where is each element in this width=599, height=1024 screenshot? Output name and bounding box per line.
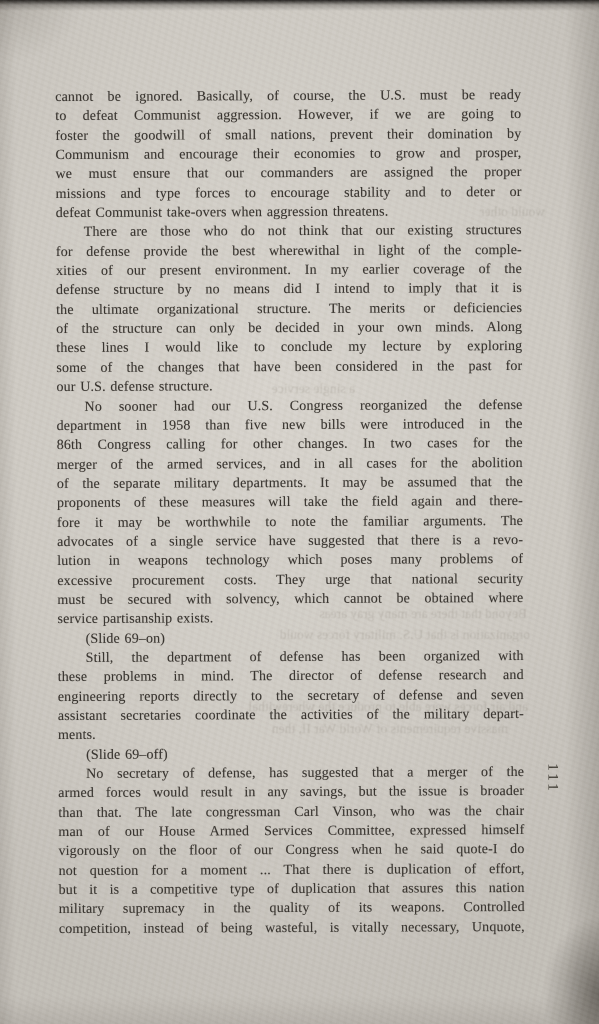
text-line: lution in weapons technology which poses… bbox=[57, 550, 523, 571]
text-line: competition, instead of being wasteful, … bbox=[59, 918, 525, 939]
text-line: these problems in mind. The director of … bbox=[58, 666, 524, 687]
text-line: department in 1958 than five new bills w… bbox=[57, 415, 523, 436]
text-line: of the separate military departments. It… bbox=[57, 473, 523, 494]
text-line: these lines I would like to conclude my … bbox=[56, 337, 522, 358]
text-line: than that. The late congressman Carl Vin… bbox=[58, 802, 524, 823]
text-line: vigorously on the floor of our Congress … bbox=[58, 840, 524, 861]
text-line: we must ensure that our commanders are a… bbox=[55, 163, 521, 184]
text-line: not question for a moment ... That there… bbox=[59, 860, 525, 881]
text-line: excessive procurement costs. They urge t… bbox=[57, 570, 523, 591]
text-line: of the structure can only be decided in … bbox=[56, 318, 522, 339]
text-line: some of the changes that have been consi… bbox=[56, 357, 522, 378]
text-line: defeat Communist take-overs when aggress… bbox=[56, 202, 522, 223]
text-line: armed forces would result in any savings… bbox=[58, 782, 524, 803]
text-line: 86th Congress calling for other changes.… bbox=[57, 434, 523, 455]
text-line: defense structure by no means did I inte… bbox=[56, 279, 522, 300]
text-line: merger of the armed services, and in all… bbox=[57, 454, 523, 475]
slide-cue-line: (Slide 69–off) bbox=[58, 744, 524, 765]
text-line: assistant secretaries coordinate the act… bbox=[58, 705, 524, 726]
page-number-rotated: 111 bbox=[545, 761, 560, 797]
text-line: ments. bbox=[58, 724, 524, 745]
text-line: for defense provide the best wherewithal… bbox=[56, 241, 522, 262]
text-line: to defeat Communist aggression. However,… bbox=[55, 105, 521, 126]
text-line: man of our House Armed Services Committe… bbox=[58, 821, 524, 842]
text-line: fore it may be worthwhile to note the fa… bbox=[57, 512, 523, 533]
text-line: advocates of a single service have sugge… bbox=[57, 531, 523, 552]
text-line: but it is a competitive type of duplicat… bbox=[59, 879, 525, 900]
scanned-page-photo: would othera single serviceBeyond that t… bbox=[0, 0, 599, 1024]
text-line: xities of our present environment. In my… bbox=[56, 260, 522, 281]
text-line: Communism and encourage their economies … bbox=[55, 144, 521, 165]
text-line: service partisanship exists. bbox=[57, 608, 523, 629]
text-line: our U.S. defense structure. bbox=[56, 376, 522, 397]
text-line: Still, the department of defense has bee… bbox=[58, 647, 524, 668]
page-text-block: cannot be ignored. Basically, of course,… bbox=[55, 86, 525, 939]
text-line: the ultimate organizational structure. T… bbox=[56, 299, 522, 320]
text-line: must be secured with solvency, which can… bbox=[57, 589, 523, 610]
text-line: cannot be ignored. Basically, of course,… bbox=[55, 86, 521, 107]
text-line: foster the goodwill of small nations, pr… bbox=[55, 125, 521, 146]
text-line: No secretary of defense, has suggested t… bbox=[58, 763, 524, 784]
slide-cue-line: (Slide 69–on) bbox=[58, 628, 524, 649]
text-line: No sooner had our U.S. Congress reorgani… bbox=[56, 395, 522, 416]
text-line: proponents of these measures will take t… bbox=[57, 492, 523, 513]
text-line: missions and type forces to encourage st… bbox=[56, 183, 522, 204]
text-line: There are those who do not think that ou… bbox=[56, 221, 522, 242]
text-line: engineering reports directly to the secr… bbox=[58, 686, 524, 707]
text-line: military supremacy in the quality of its… bbox=[59, 898, 525, 919]
